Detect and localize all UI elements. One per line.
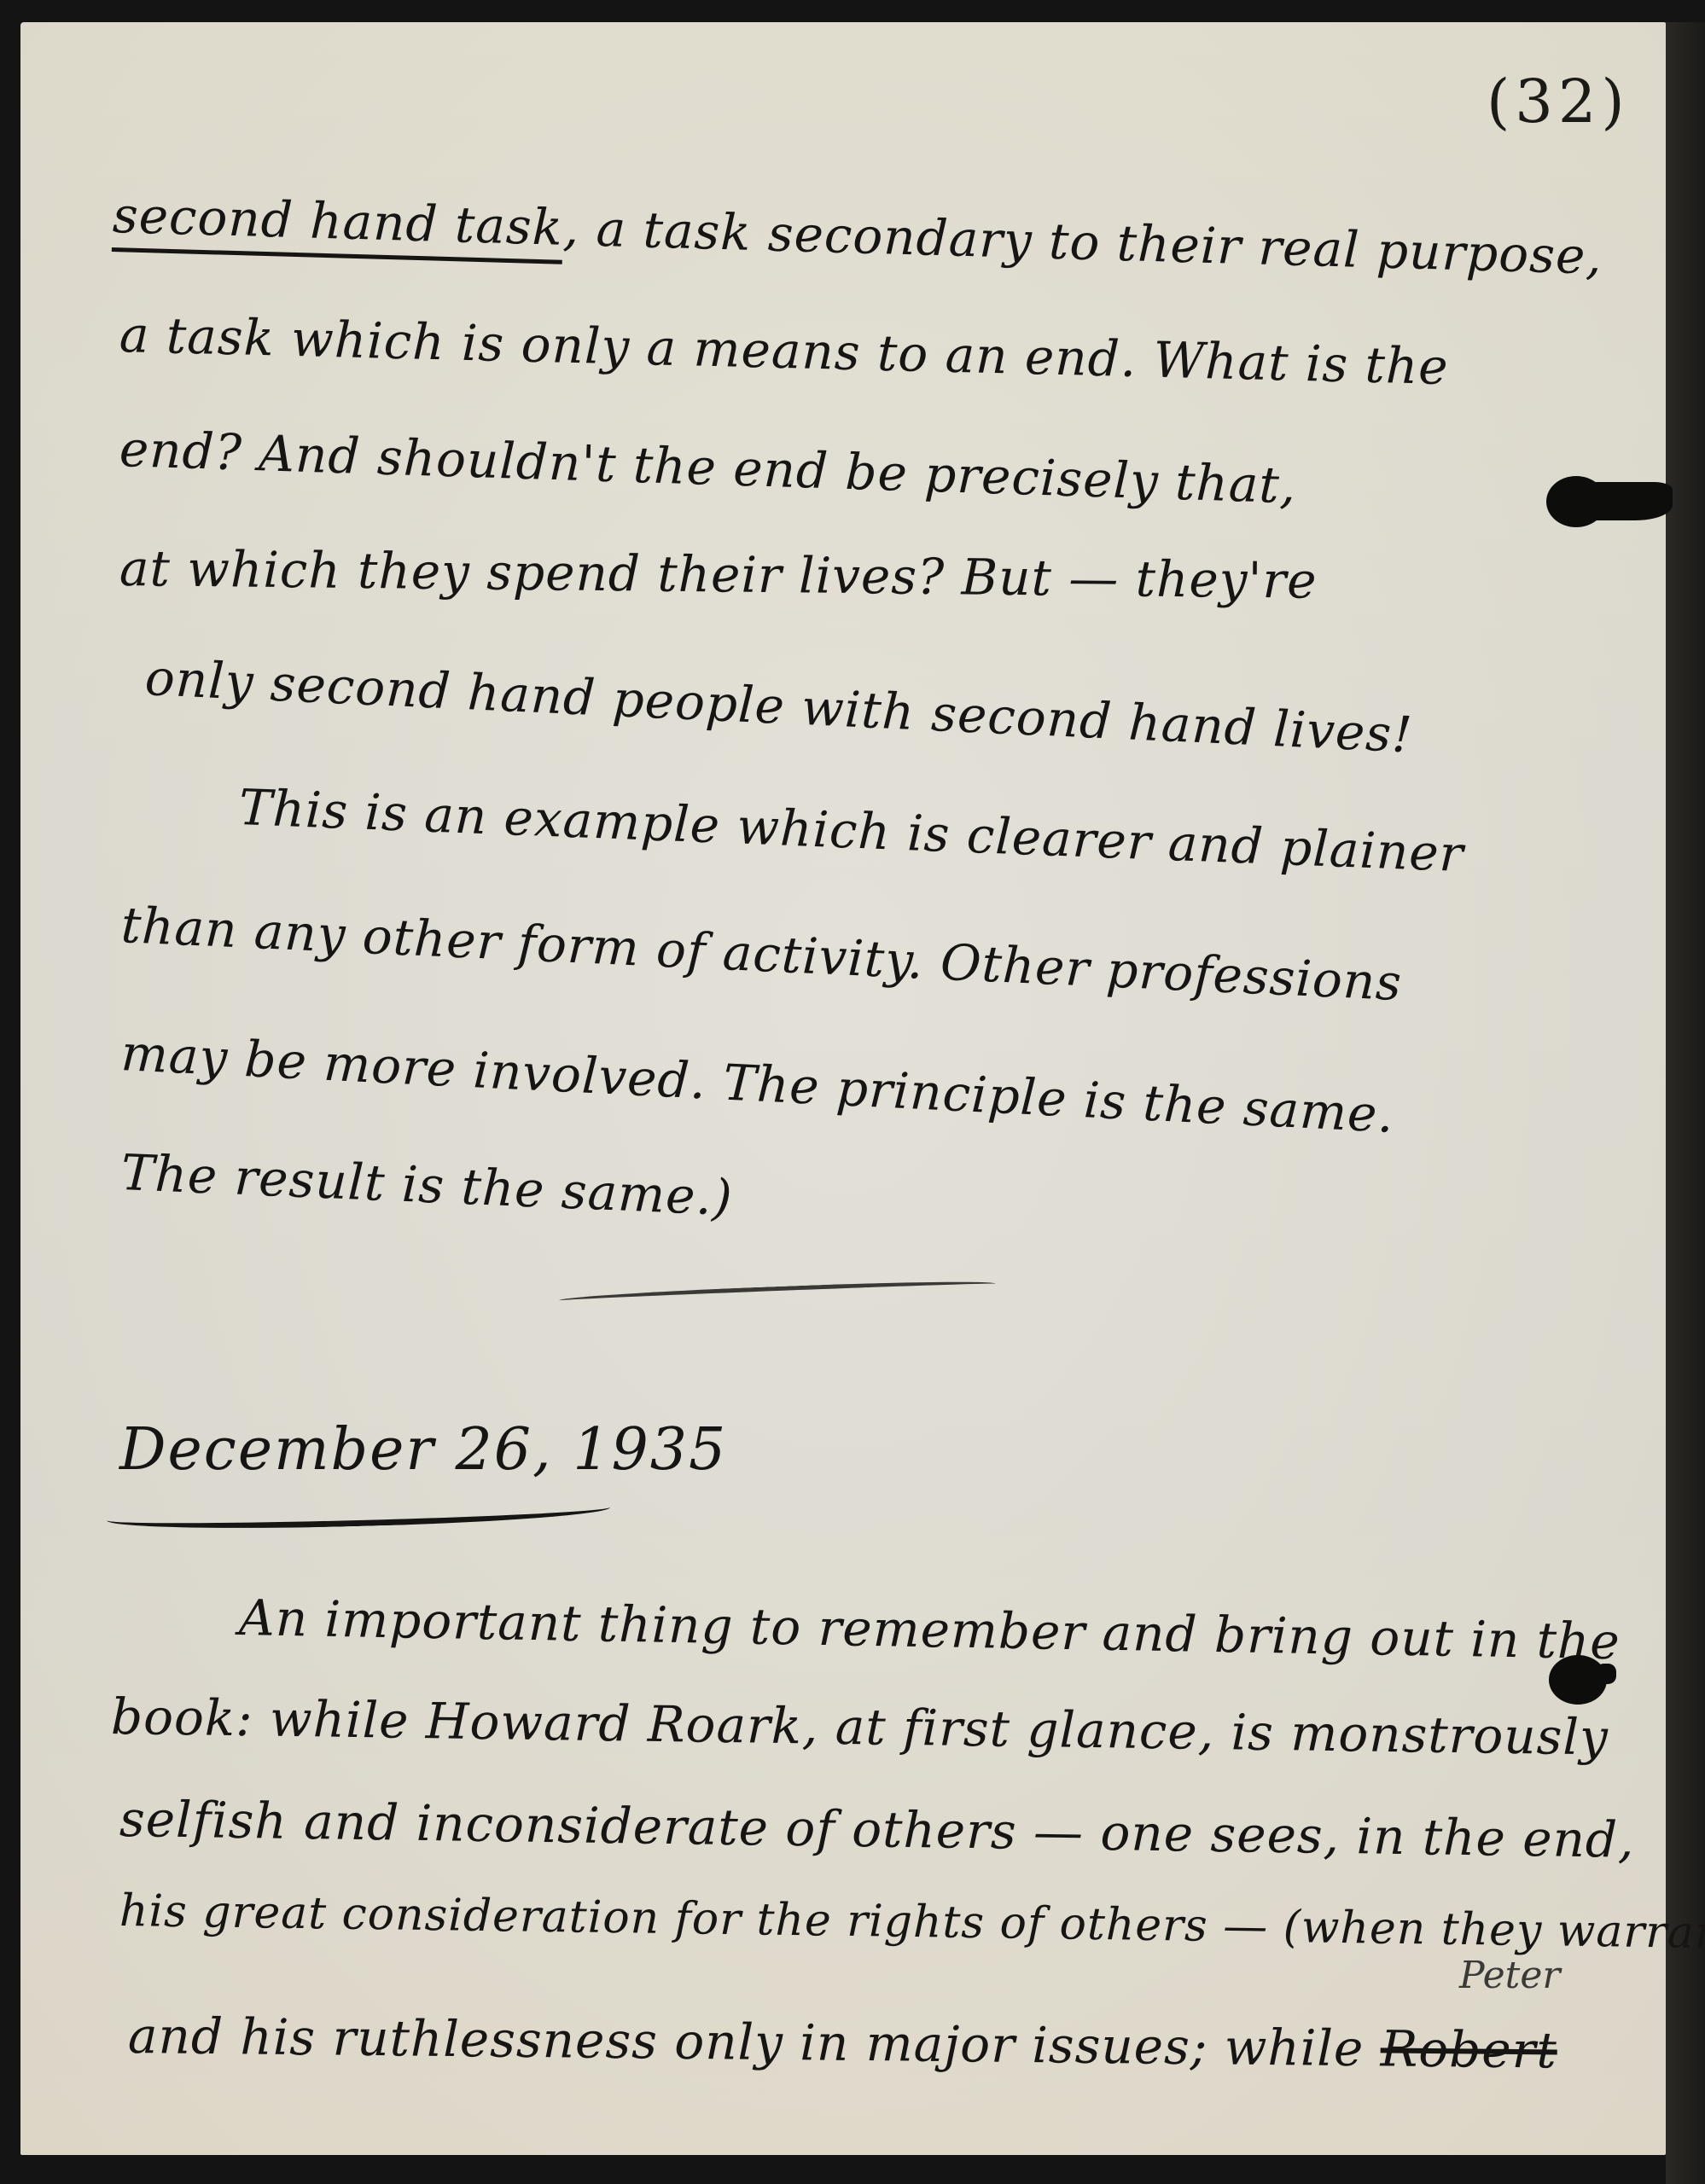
struck-word: Robert: [1380, 2019, 1557, 2079]
torn-punch-hole: [1579, 482, 1673, 520]
page-number: (32): [1487, 67, 1630, 136]
entry-date-heading: December 26, 1935: [119, 1416, 727, 1484]
inserted-word: Peter: [1459, 1954, 1560, 1997]
torn-punch-hole: [1596, 1664, 1616, 1684]
binder-edge: [1666, 22, 1705, 2184]
